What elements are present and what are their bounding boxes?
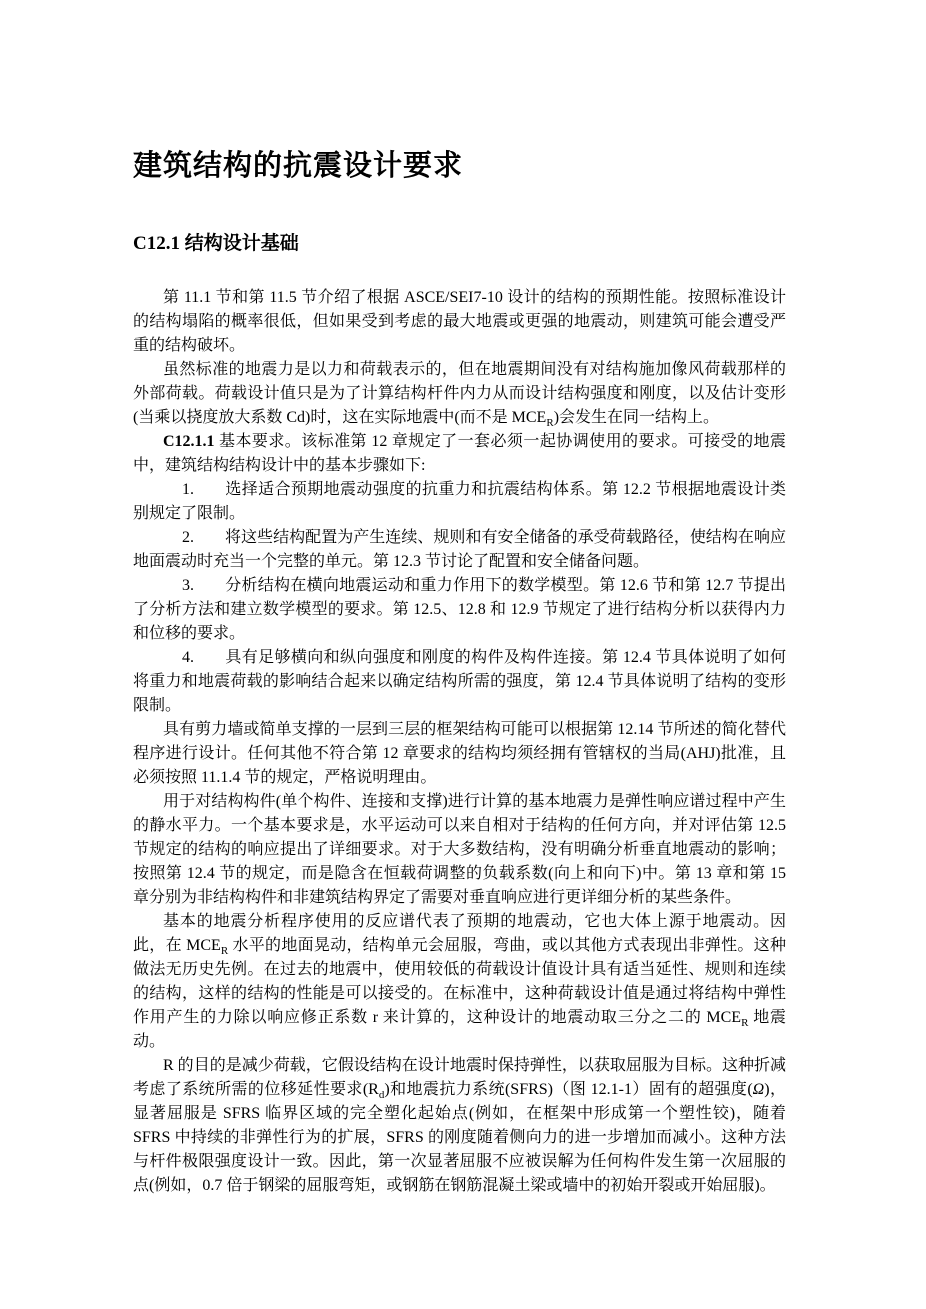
paragraph: 第 11.1 节和第 11.5 节介绍了根据 ASCE/SEI7-10 设计的结… xyxy=(133,286,786,358)
text-segment: 将这些结构配置为产生连续、规则和有安全储备的承受荷载路径，使结构在响应地面震动时… xyxy=(133,529,786,570)
text-segment: )会发生在同一结构上。 xyxy=(554,409,719,426)
text-segment: R xyxy=(546,417,553,429)
paragraph: R 的目的是减少荷载，它假设结构在设计地震时保持弹性，以获取屈服为目标。这种折减… xyxy=(133,1054,786,1198)
list-item-number: 2. xyxy=(182,529,194,546)
document-body: 第 11.1 节和第 11.5 节介绍了根据 ASCE/SEI7-10 设计的结… xyxy=(133,286,786,1198)
text-segment: 用于对结构构件(单个构件、连接和支撑)进行计算的基本地震力是弹性响应谱过程中产生… xyxy=(133,793,786,906)
list-item-number: 4. xyxy=(182,649,194,666)
text-segment: 选择适合预期地震动强度的抗重力和抗震结构体系。第 12.2 节根据地震设计类别规… xyxy=(133,481,786,522)
paragraph: 虽然标准的地震力是以力和荷载表示的，但在地震期间没有对结构施加像风荷载那样的外部… xyxy=(133,358,786,430)
text-segment: C12.1.1 xyxy=(163,433,215,450)
text-segment: 具有剪力墙或简单支撑的一层到三层的框架结构可能可以根据第 12.14 节所述的简… xyxy=(133,721,786,786)
list-item: 3.分析结构在横向地震运动和重力作用下的数学模型。第 12.6 节和第 12.7… xyxy=(133,574,786,646)
paragraph: 基本的地震分析程序使用的反应谱代表了预期的地震动，它也大体上源于地震动。因此，在… xyxy=(133,910,786,1054)
text-segment: 具有足够横向和纵向强度和刚度的构件及构件连接。第 12.4 节具体说明了如何将重… xyxy=(133,649,786,714)
list-item: 1.选择适合预期地震动强度的抗重力和抗震结构体系。第 12.2 节根据地震设计类… xyxy=(133,478,786,526)
section-heading: C12.1 结构设计基础 xyxy=(133,230,786,257)
paragraph: C12.1.1 基本要求。该标准第 12 章规定了一套必须一起协调使用的要求。可… xyxy=(133,430,786,478)
list-item-number: 3. xyxy=(182,577,194,594)
text-segment: 水平的地面晃动，结构单元会屈服，弯曲，或以其他方式表现出非弹性。这种做法无历史先… xyxy=(133,937,786,1026)
text-segment: 基本要求。该标准第 12 章规定了一套必须一起协调使用的要求。可接受的地震中，建… xyxy=(133,433,786,474)
list-item: 2.将这些结构配置为产生连续、规则和有安全储备的承受荷载路径，使结构在响应地面震… xyxy=(133,526,786,574)
document-page: 建筑结构的抗震设计要求 C12.1 结构设计基础 第 11.1 节和第 11.5… xyxy=(0,0,926,1309)
text-segment: 分析结构在横向地震运动和重力作用下的数学模型。第 12.6 节和第 12.7 节… xyxy=(133,577,786,642)
document-content: 建筑结构的抗震设计要求 C12.1 结构设计基础 第 11.1 节和第 11.5… xyxy=(133,0,786,1198)
text-segment: )和地震抗力系统(SFRS)（图 12.1-1）固有的超强度( xyxy=(384,1081,752,1098)
paragraph: 具有剪力墙或简单支撑的一层到三层的框架结构可能可以根据第 12.14 节所述的简… xyxy=(133,718,786,790)
document-title: 建筑结构的抗震设计要求 xyxy=(133,0,786,186)
list-item-number: 1. xyxy=(182,481,194,498)
paragraph: 用于对结构构件(单个构件、连接和支撑)进行计算的基本地震力是弹性响应谱过程中产生… xyxy=(133,790,786,910)
text-segment: Ω xyxy=(753,1081,765,1098)
list-item: 4.具有足够横向和纵向强度和刚度的构件及构件连接。第 12.4 节具体说明了如何… xyxy=(133,646,786,718)
text-segment: 第 11.1 节和第 11.5 节介绍了根据 ASCE/SEI7-10 设计的结… xyxy=(133,289,786,354)
